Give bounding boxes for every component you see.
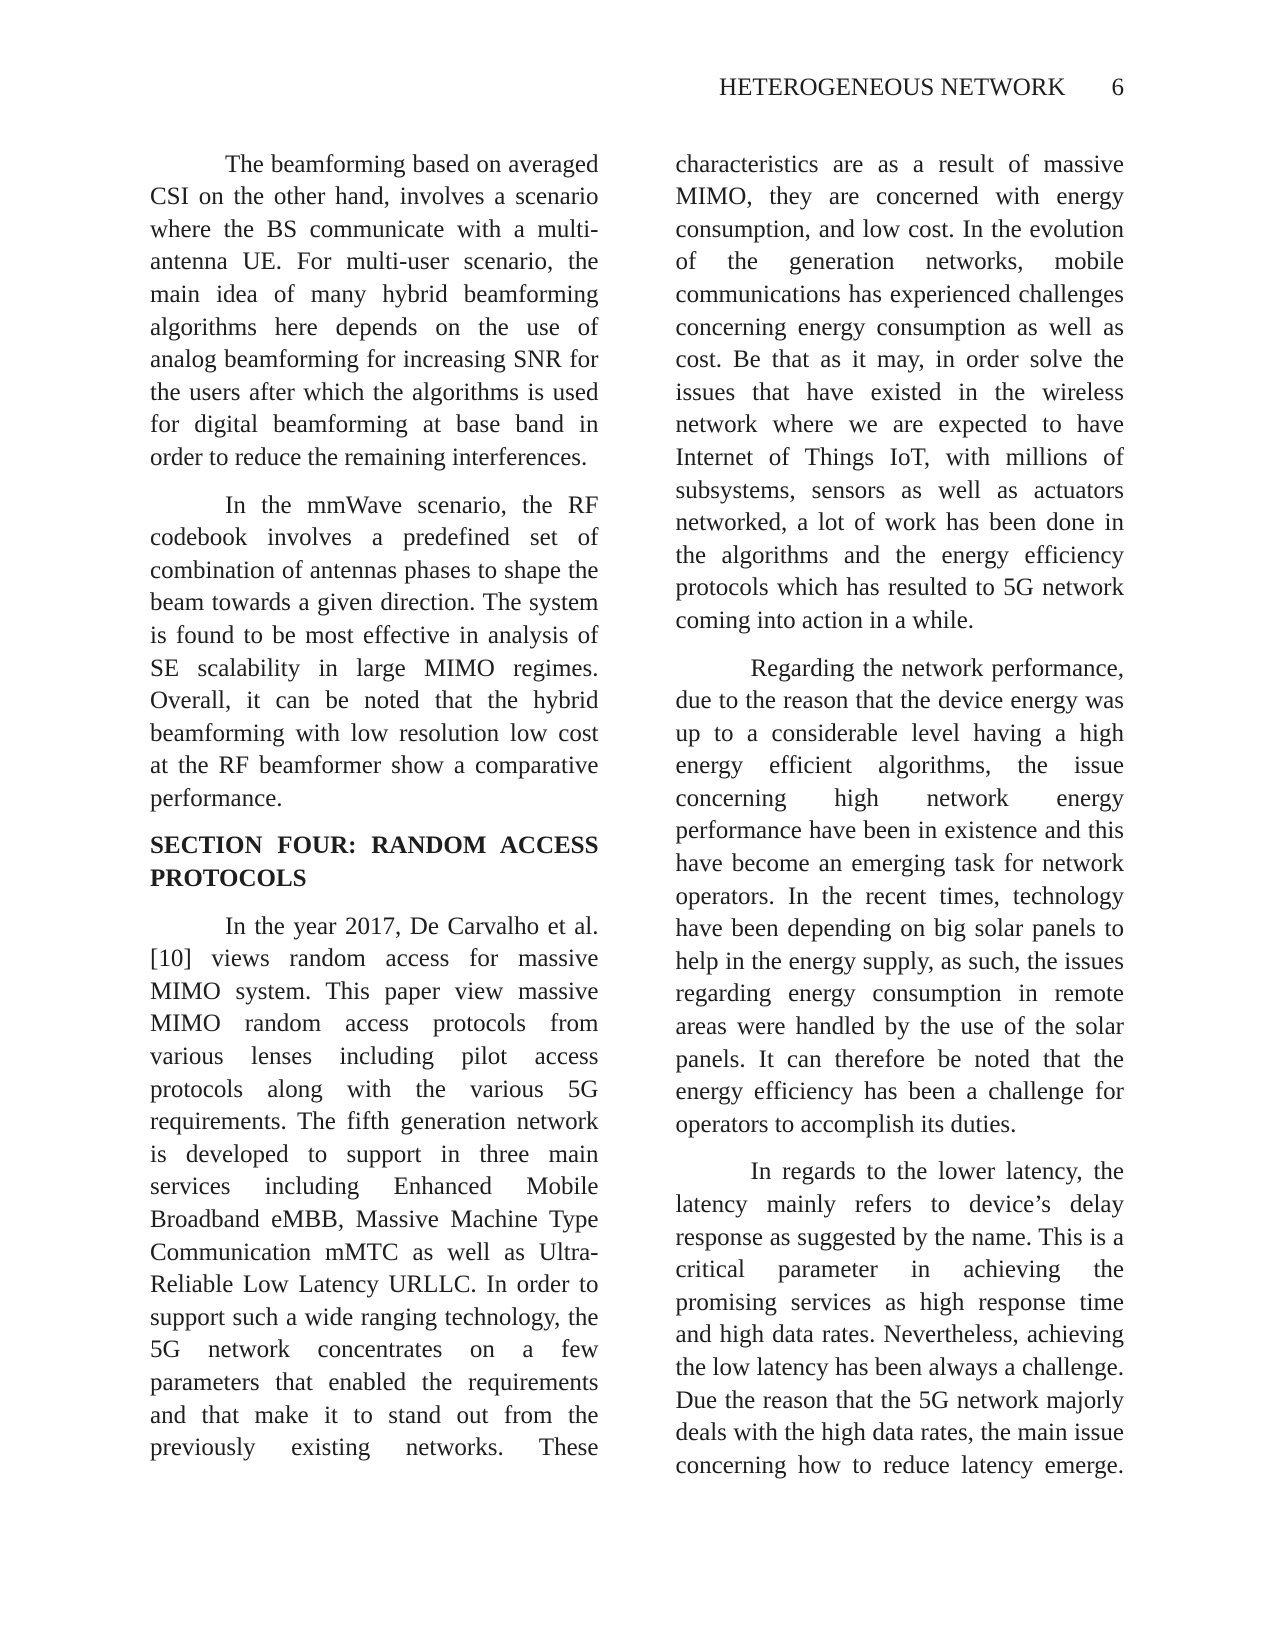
paper-page: HETEROGENEOUS NETWORK6 The beamforming b…	[0, 0, 1275, 1651]
page-header: HETEROGENEOUS NETWORK6	[150, 72, 1124, 105]
paragraph-beamforming-csi: The beamforming based on averaged CSI on…	[150, 149, 599, 475]
section-heading: SECTION FOUR: RANDOM ACCESS PROTOCOLS	[150, 830, 599, 895]
running-head: HETEROGENEOUS NETWORK	[719, 74, 1065, 101]
paragraph-characteristics-continuation: characteristics are as a result of massi…	[676, 149, 1125, 638]
paragraph-random-access: In the year 2017, De Carvalho et al. [10…	[150, 911, 599, 1465]
paragraph-mmwave-codebook: In the mmWave scenario, the RF codebook …	[150, 490, 599, 816]
paragraph-network-performance: Regarding the network performance, due t…	[676, 653, 1125, 1142]
right-column: characteristics are as a result of massi…	[676, 149, 1125, 1498]
two-column-body: The beamforming based on averaged CSI on…	[150, 149, 1124, 1498]
paragraph-lower-latency: In regards to the lower latency, the lat…	[676, 1156, 1125, 1482]
left-column: The beamforming based on averaged CSI on…	[150, 149, 599, 1498]
page-number: 6	[1112, 74, 1125, 101]
